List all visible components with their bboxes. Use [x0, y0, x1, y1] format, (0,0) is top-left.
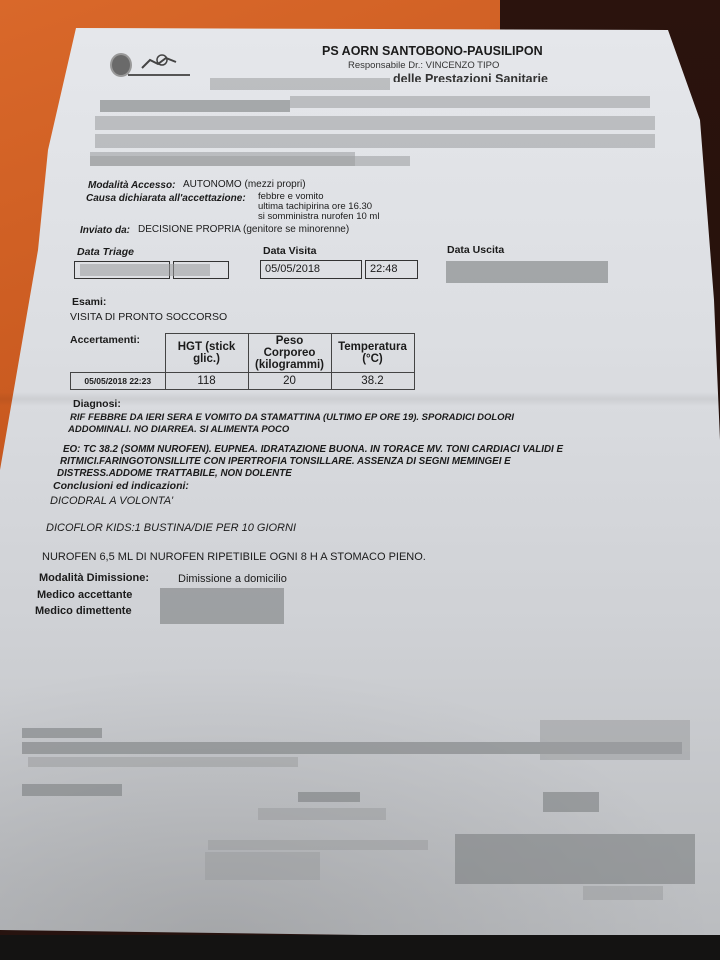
hgt-value: 118 [165, 373, 248, 390]
visit-date-label: Data Visita [263, 245, 317, 257]
redacted-footer [583, 886, 663, 900]
exam-line-3: DISTRESS.ADDOME TRATTABILE, NON DOLENTE [57, 468, 292, 479]
redacted-footer [258, 808, 386, 820]
redacted-doctor-names [160, 588, 284, 624]
col-hgt: HGT (stick glic.) [165, 334, 248, 373]
cause-label: Causa dichiarata all'accettazione: [86, 193, 246, 204]
weight-value: 20 [248, 373, 331, 390]
exams-value: VISITA DI PRONTO SOCCORSO [70, 311, 227, 323]
redacted-footer [205, 852, 320, 880]
redacted-line [100, 100, 290, 112]
temperature-value: 38.2 [331, 373, 414, 390]
accepting-doctor-label: Medico accettante [37, 589, 132, 601]
redacted-line [95, 134, 655, 148]
redacted-footer [540, 720, 690, 760]
sent-by-value: DECISIONE PROPRIA (genitore se minorenne… [138, 224, 349, 235]
history-line-1: RIF FEBBRE DA IERI SERA E VOMITO DA STAM… [70, 412, 514, 423]
triage-date-label: Data Triage [77, 246, 134, 258]
sent-by-label: Inviato da: [80, 225, 130, 236]
exit-date-label: Data Uscita [447, 244, 504, 256]
discharge-mode-label: Modalità Dimissione: [39, 572, 149, 584]
history-line-2: ADDOMINALI. NO DIARREA. SI ALIMENTA POCO [68, 424, 289, 435]
redacted-footer [543, 792, 599, 812]
redacted-line [90, 156, 410, 166]
visit-time-field: 22:48 [365, 260, 418, 279]
redacted-footer [22, 728, 102, 738]
conclusions-label: Conclusioni ed indicazioni: [53, 480, 189, 492]
redacted-line [95, 116, 655, 130]
exams-label: Esami: [72, 296, 106, 308]
col-temperature: Temperatura (°C) [331, 334, 414, 373]
redacted-triage-date [80, 264, 210, 276]
redacted-footer [22, 784, 122, 796]
table-row: 05/05/2018 22:23 118 20 38.2 [71, 373, 415, 390]
diagnosis-label: Diagnosi: [73, 398, 121, 410]
conclusion-item-3: NUROFEN 6,5 ML DI NUROFEN RIPETIBILE OGN… [42, 551, 426, 563]
conclusion-item-2: DICOFLOR KIDS:1 BUSTINA/DIE PER 10 GIORN… [46, 522, 296, 534]
assessments-table: HGT (stick glic.) Peso Corporeo (kilogra… [70, 333, 415, 390]
row-datetime: 05/05/2018 22:23 [71, 373, 166, 390]
access-mode-value: AUTONOMO (mezzi propri) [183, 179, 306, 190]
redacted-footer [455, 834, 695, 884]
conclusion-item-1: DICODRAL A VOLONTA' [50, 495, 173, 507]
discharging-doctor-label: Medico dimettente [35, 605, 132, 617]
visit-date-field: 05/05/2018 [260, 260, 362, 279]
redacted-footer [28, 757, 298, 767]
discharge-mode-value: Dimissione a domicilio [178, 573, 287, 585]
exam-line-2: RITMICI.FARINGOTONSILLITE CON IPERTROFIA… [60, 456, 511, 467]
table-edge [0, 935, 720, 960]
access-mode-label: Modalità Accesso: [88, 180, 175, 191]
responsible-doctor: Responsabile Dr.: VINCENZO TIPO [348, 60, 499, 71]
redacted-footer [298, 792, 360, 802]
exam-line-1: EO: TC 38.2 (SOMM NUROFEN). EUPNEA. IDRA… [63, 444, 563, 455]
col-weight: Peso Corporeo (kilogrammi) [248, 334, 331, 373]
cause-line-3: si somministra nurofen 10 ml [258, 211, 379, 222]
hospital-name: PS AORN SANTOBONO-PAUSILIPON [322, 44, 543, 58]
redacted-line [290, 96, 650, 108]
redacted-footer [208, 840, 428, 850]
hospital-logo-icon [140, 54, 180, 70]
redacted-exit-date [446, 261, 608, 283]
document-subtitle: delle Prestazioni Sanitarie [393, 72, 548, 82]
logo-caption-bar [128, 74, 190, 76]
redacted-title [210, 78, 390, 90]
